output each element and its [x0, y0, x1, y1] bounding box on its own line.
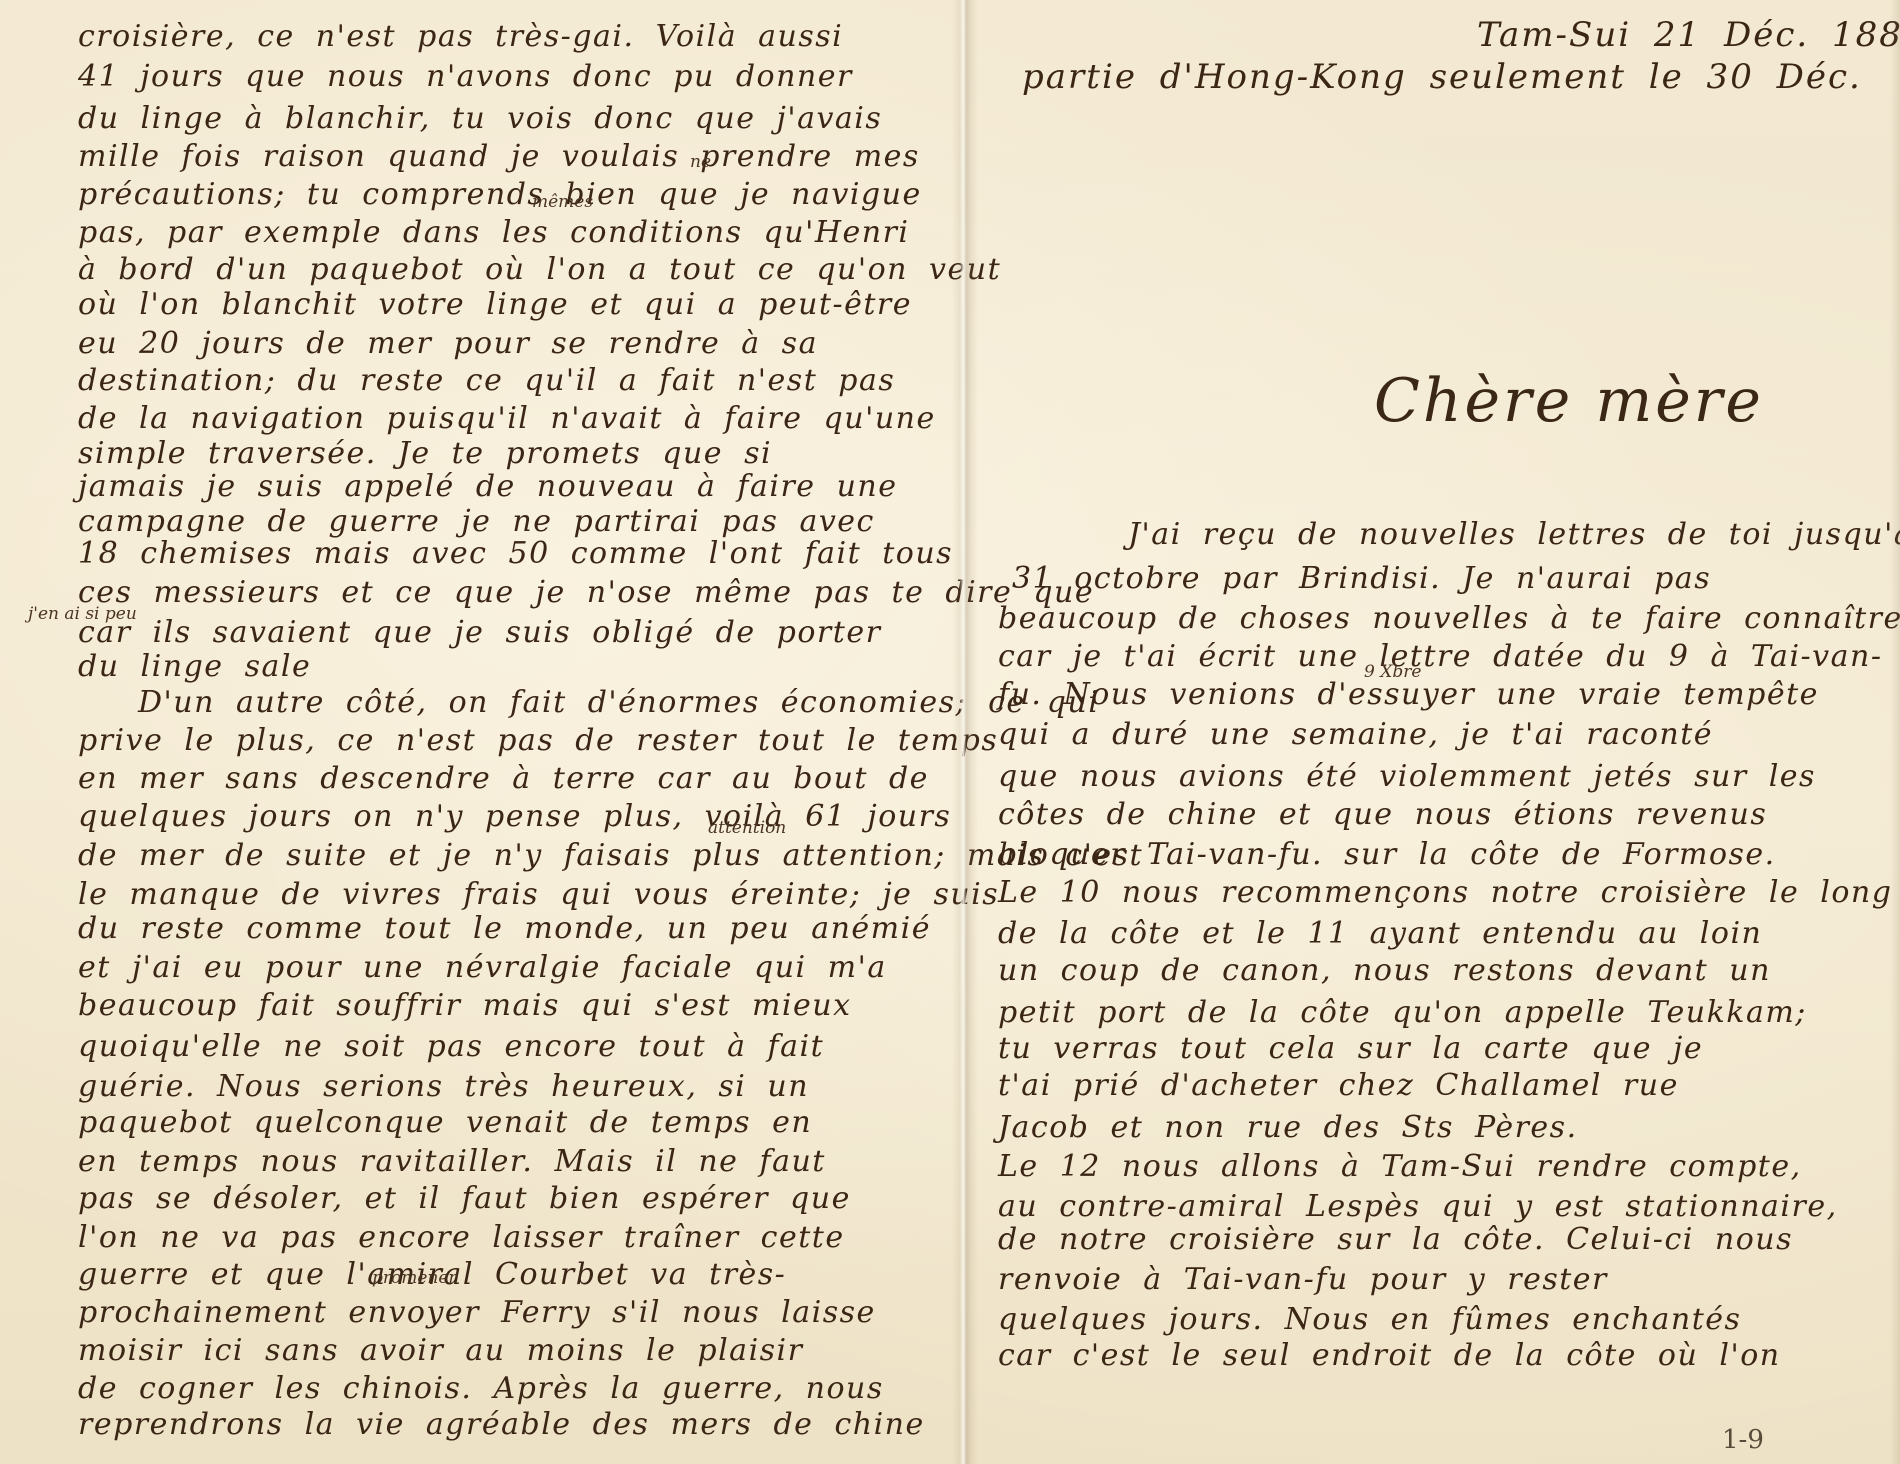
place-date: Tam-Sui 21 Déc. 1884	[1477, 18, 1900, 52]
letter-line: renvoie à Tai-van-fu pour y rester	[998, 1263, 1608, 1297]
letter-line: pas se désoler, et il faut bien espérer …	[78, 1182, 851, 1216]
letter-line: l'on ne va pas encore laisser traîner ce…	[78, 1221, 845, 1255]
letter-line: quelques jours on n'y pense plus, voilà …	[78, 800, 951, 834]
salutation: Chère mère	[1374, 366, 1764, 436]
letter-line: car c'est le seul endroit de la côte où …	[998, 1339, 1781, 1373]
letter-line: beaucoup de choses nouvelles à te faire …	[998, 602, 1900, 636]
letter-line: guérie. Nous serions très heureux, si un	[78, 1070, 809, 1104]
letter-line: et j'ai eu pour une névralgie faciale qu…	[78, 951, 887, 985]
letter-line: car je t'ai écrit une lettre datée du 9 …	[998, 640, 1882, 674]
letter-line: car ils savaient que je suis obligé de p…	[78, 616, 881, 650]
letter-line: bloquer Tai-van-fu. sur la côte de Formo…	[998, 838, 1776, 872]
letter-line: Le 10 nous recommençons notre croisière …	[998, 876, 1892, 910]
paper-edge	[1890, 0, 1900, 1464]
letter-line: 41 jours que nous n'avons donc pu donner	[78, 60, 853, 94]
letter-line: pas, par exemple dans les conditions qu'…	[78, 216, 910, 250]
letter-line: quelques jours. Nous en fûmes enchantés	[998, 1303, 1741, 1337]
letter-line: reprendrons la vie agréable des mers de …	[78, 1408, 925, 1442]
interlinear-insertion: attention	[708, 818, 786, 838]
letter-line: le manque de vivres frais qui vous érein…	[78, 878, 999, 912]
letter-line: au contre-amiral Lespès qui y est statio…	[998, 1190, 1838, 1224]
letter-line: t'ai prié d'acheter chez Challamel rue	[998, 1069, 1679, 1103]
letter-line: Jacob et non rue des Sts Pères.	[998, 1111, 1578, 1145]
letter-line: qui a duré une semaine, je t'ai raconté	[998, 718, 1713, 752]
letter-line: Le 12 nous allons à Tam-Sui rendre compt…	[998, 1150, 1802, 1184]
letter-line: côtes de chine et que nous étions revenu…	[998, 798, 1767, 832]
letter-spread: croisière, ce n'est pas très-gai. Voilà …	[0, 0, 1900, 1464]
letter-line: destination; du reste ce qu'il a fait n'…	[78, 364, 895, 398]
letter-line: prive le plus, ce n'est pas de rester to…	[78, 724, 998, 758]
letter-line: de la côte et le 11 ayant entendu au loi…	[998, 917, 1762, 951]
letter-line: en temps nous ravitailler. Mais il ne fa…	[78, 1145, 826, 1179]
page-number: 1-9	[1722, 1425, 1764, 1455]
letter-line: tu verras tout cela sur la carte que je	[998, 1032, 1703, 1066]
letter-line: jamais je suis appelé de nouveau à faire…	[78, 470, 898, 504]
letter-line: croisière, ce n'est pas très-gai. Voilà …	[78, 20, 843, 54]
right-page: Tam-Sui 21 Déc. 1884 partie d'Hong-Kong …	[972, 0, 1900, 1464]
letter-line: un coup de canon, nous restons devant un	[998, 954, 1771, 988]
letter-line: paquebot quelconque venait de temps en	[78, 1106, 812, 1140]
letter-line: de la navigation puisqu'il n'avait à fai…	[78, 402, 936, 436]
letter-line: que nous avions été violemment jetés sur…	[998, 760, 1816, 794]
letter-line: campagne de guerre je ne partirai pas av…	[78, 505, 875, 539]
letter-line: simple traversée. Je te promets que si	[78, 437, 772, 471]
left-page: croisière, ce n'est pas très-gai. Voilà …	[0, 0, 958, 1464]
letter-line: prochainement envoyer Ferry s'il nous la…	[78, 1296, 876, 1330]
letter-line: eu 20 jours de mer pour se rendre à sa	[78, 327, 818, 361]
letter-line: où l'on blanchit votre linge et qui a pe…	[78, 288, 912, 322]
letter-line: mille fois raison quand je voulais prend…	[78, 140, 920, 174]
letter-line: 31 octobre par Brindisi. Je n'aurai pas	[1012, 562, 1711, 596]
letter-line: de notre croisière sur la côte. Celui-ci…	[998, 1223, 1793, 1257]
interlinear-insertion: promener	[372, 1268, 457, 1288]
letter-line: précautions; tu comprends bien que je na…	[78, 178, 922, 212]
letter-line: de cogner les chinois. Après la guerre, …	[78, 1372, 884, 1406]
letter-line: moisir ici sans avoir au moins le plaisi…	[78, 1334, 804, 1368]
letter-line: du linge sale	[78, 650, 311, 684]
letter-line: du linge à blanchir, tu vois donc que j'…	[78, 102, 882, 136]
postscript-header: partie d'Hong-Kong seulement le 30 Déc.	[1022, 60, 1862, 94]
letter-line: petit port de la côte qu'on appelle Teuk…	[998, 996, 1807, 1030]
letter-line: du reste comme tout le monde, un peu ané…	[78, 912, 931, 946]
letter-line: à bord d'un paquebot où l'on a tout ce q…	[78, 253, 1001, 287]
letter-line: D'un autre côté, on fait d'énormes écono…	[78, 686, 1099, 720]
letter-line: quoiqu'elle ne soit pas encore tout à fa…	[78, 1030, 824, 1064]
letter-line: beaucoup fait souffrir mais qui s'est mi…	[78, 989, 852, 1023]
letter-line: en mer sans descendre à terre car au bou…	[78, 762, 929, 796]
letter-line: J'ai reçu de nouvelles lettres de toi ju…	[998, 518, 1900, 552]
letter-line: 18 chemises mais avec 50 comme l'ont fai…	[78, 537, 953, 571]
letter-line: fu. Nous venions d'essuyer une vraie tem…	[998, 678, 1819, 712]
interlinear-insertion: ne	[690, 152, 711, 172]
letter-line: ces messieurs et ce que je n'ose même pa…	[78, 576, 1094, 610]
interlinear-insertion: mêmes	[532, 192, 593, 212]
